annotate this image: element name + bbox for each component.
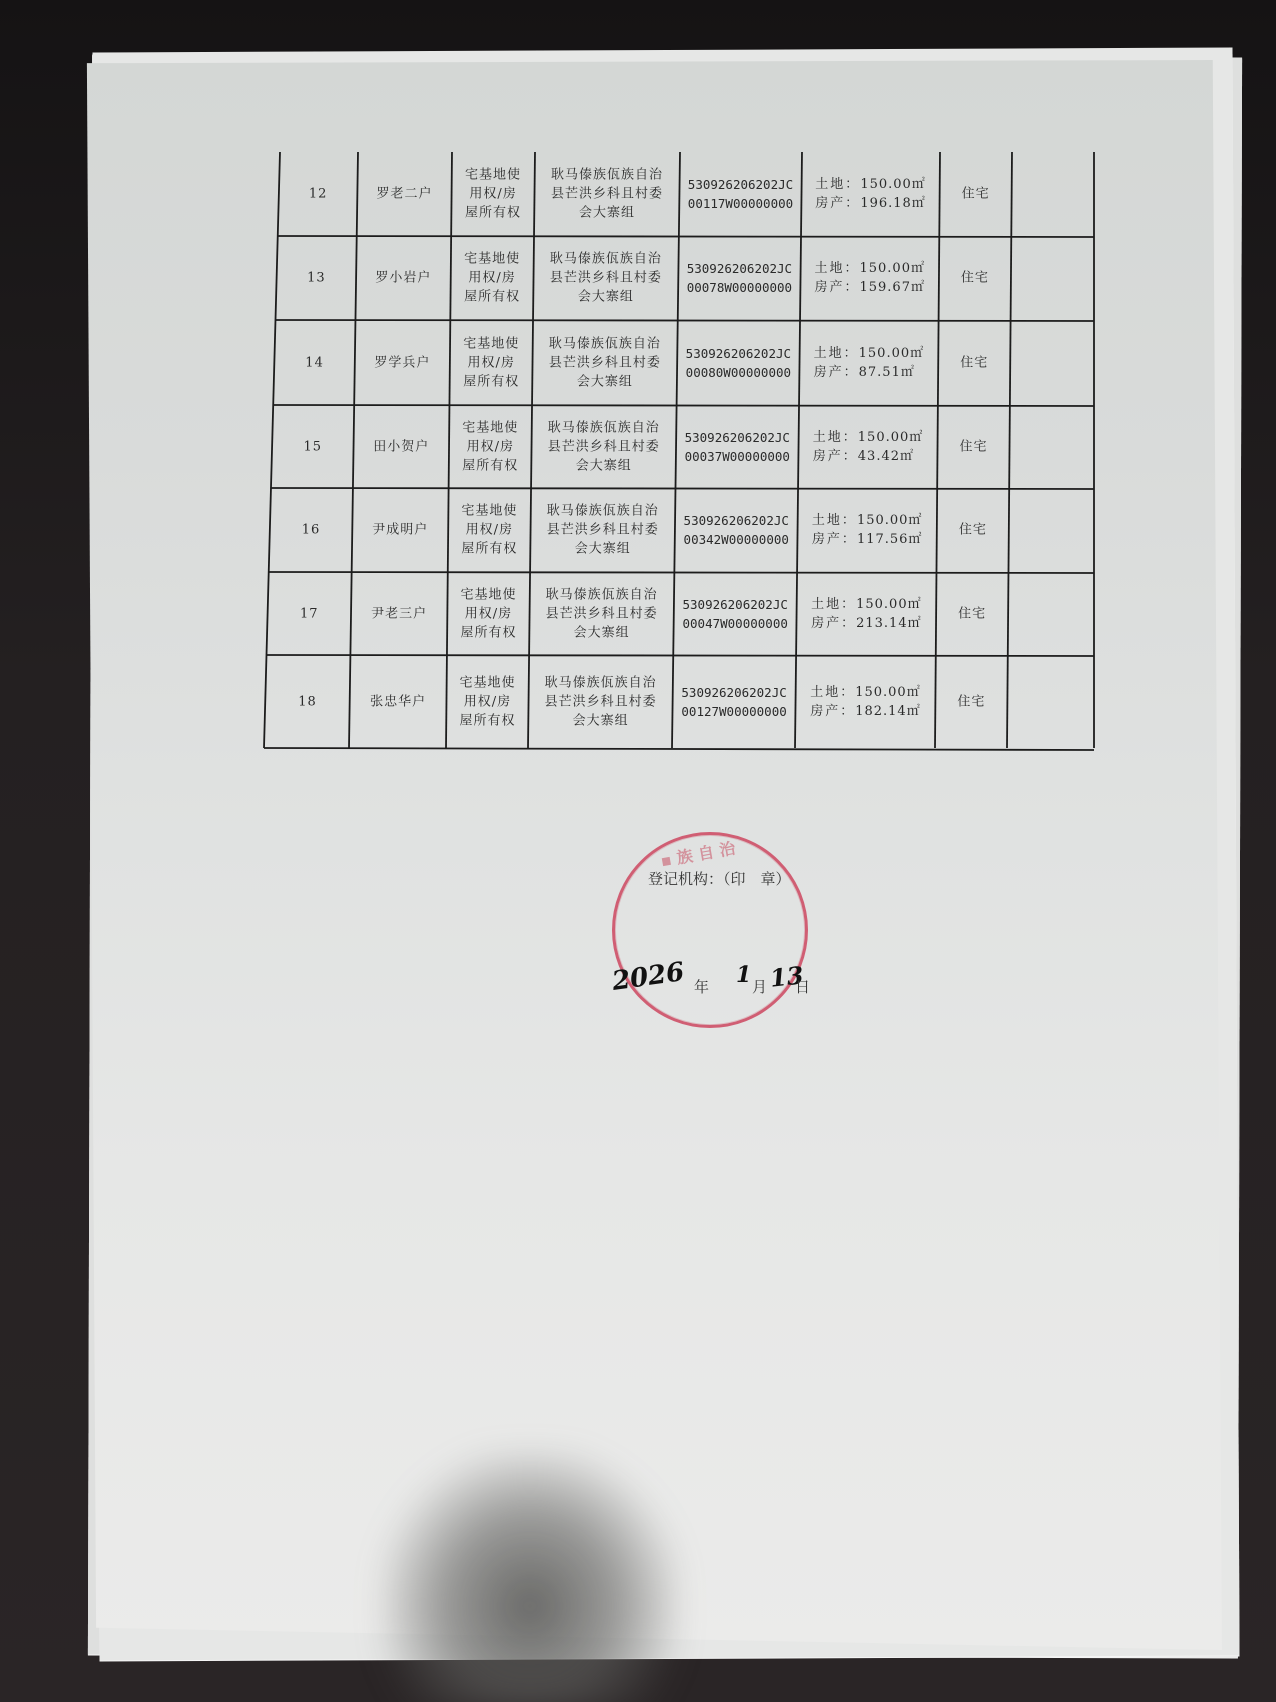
owner-name: 尹老三户 <box>371 604 427 623</box>
unit-number: 530926206202JC 00117W00000000 <box>688 175 793 213</box>
owner-name: 尹成明户 <box>372 521 428 540</box>
land-label: 土地： <box>811 597 856 612</box>
row-number: 18 <box>298 692 317 711</box>
area-values: 土地：150.00㎡房产：182.14㎡ <box>810 683 921 721</box>
house-label: 房产： <box>815 196 860 211</box>
day-label: 日 <box>795 976 810 997</box>
land-area: 150.00㎡ <box>857 513 923 528</box>
row-number: 13 <box>307 269 326 288</box>
owner-name: 罗学兵户 <box>374 353 430 372</box>
house-label: 房产： <box>811 616 856 631</box>
right-type: 宅基地使 用权/房 屋所有权 <box>462 418 518 475</box>
owner-name: 田小贺户 <box>373 437 429 456</box>
house-area: 213.14㎡ <box>856 616 922 631</box>
property-location: 耿马傣族佤族自治 县芒洪乡科且村委 会大寨组 <box>551 166 663 223</box>
row-number: 14 <box>305 353 324 372</box>
usage-type: 住宅 <box>960 437 988 456</box>
unit-number: 530926206202JC 00078W00000000 <box>687 259 792 297</box>
area-values: 土地：150.00㎡房产：159.67㎡ <box>814 259 925 297</box>
house-area: 182.14㎡ <box>855 704 921 719</box>
usage-type: 住宅 <box>957 692 985 711</box>
house-label: 房产： <box>810 704 855 719</box>
unit-number: 530926206202JC 00047W00000000 <box>683 595 788 633</box>
property-location: 耿马傣族佤族自治 县芒洪乡科且村委 会大寨组 <box>550 250 662 307</box>
right-type: 宅基地使 用权/房 屋所有权 <box>460 585 516 642</box>
area-values: 土地：150.00㎡房产：87.51㎡ <box>814 344 925 382</box>
year-label: 年 <box>694 976 709 997</box>
usage-type: 住宅 <box>958 604 986 623</box>
land-label: 土地： <box>812 513 857 528</box>
month-label: 月 <box>752 976 767 997</box>
owner-name: 罗小岩户 <box>375 269 431 288</box>
land-area: 150.00㎡ <box>860 177 926 192</box>
registration-agency-label: 登记机构：（印 章） <box>648 868 791 889</box>
row-number: 17 <box>300 604 319 623</box>
right-type: 宅基地使 用权/房 屋所有权 <box>461 502 517 559</box>
row-number: 15 <box>304 437 323 456</box>
area-values: 土地：150.00㎡房产：43.42㎡ <box>813 428 924 466</box>
area-values: 土地：150.00㎡房产：196.18㎡ <box>815 175 926 213</box>
land-area: 150.00㎡ <box>856 597 922 612</box>
right-type: 宅基地使 用权/房 屋所有权 <box>464 250 520 307</box>
unit-number: 530926206202JC 00127W00000000 <box>681 683 786 721</box>
usage-type: 住宅 <box>960 353 988 372</box>
property-location: 耿马傣族佤族自治 县芒洪乡科且村委 会大寨组 <box>545 673 657 730</box>
usage-type: 住宅 <box>961 269 989 288</box>
row-number: 12 <box>309 185 328 204</box>
unit-number: 530926206202JC 00342W00000000 <box>684 511 789 549</box>
usage-type: 住宅 <box>962 185 990 204</box>
land-label: 土地： <box>815 177 860 192</box>
land-area: 150.00㎡ <box>859 346 925 361</box>
owner-name: 罗老二户 <box>376 185 432 204</box>
owner-name: 张忠华户 <box>370 692 426 711</box>
property-location: 耿马傣族佤族自治 县芒洪乡科且村委 会大寨组 <box>547 502 659 559</box>
area-values: 土地：150.00㎡房产：213.14㎡ <box>811 595 922 633</box>
unit-number: 530926206202JC 00037W00000000 <box>685 428 790 466</box>
house-label: 房产： <box>813 449 858 464</box>
house-label: 房产： <box>812 532 857 547</box>
land-label: 土地： <box>814 261 859 276</box>
property-location: 耿马傣族佤族自治 县芒洪乡科且村委 会大寨组 <box>546 585 658 642</box>
right-type: 宅基地使 用权/房 屋所有权 <box>459 673 515 730</box>
handwritten-month: 1 <box>736 962 751 988</box>
land-label: 土地： <box>810 685 855 700</box>
land-label: 土地： <box>814 346 859 361</box>
row-number: 16 <box>302 521 321 540</box>
house-label: 房产： <box>814 280 859 295</box>
house-area: 159.67㎡ <box>859 280 925 295</box>
area-values: 土地：150.00㎡房产：117.56㎡ <box>812 511 923 549</box>
house-label: 房产： <box>814 365 859 380</box>
land-area: 150.00㎡ <box>858 430 924 445</box>
land-area: 150.00㎡ <box>859 261 925 276</box>
property-location: 耿马傣族佤族自治 县芒洪乡科且村委 会大寨组 <box>549 334 661 391</box>
house-area: 87.51㎡ <box>859 365 915 380</box>
house-area: 43.42㎡ <box>858 449 914 464</box>
property-location: 耿马傣族佤族自治 县芒洪乡科且村委 会大寨组 <box>548 418 660 475</box>
house-area: 196.18㎡ <box>860 196 926 211</box>
usage-type: 住宅 <box>959 521 987 540</box>
land-area: 150.00㎡ <box>855 685 921 700</box>
right-type: 宅基地使 用权/房 屋所有权 <box>465 166 521 223</box>
house-area: 117.56㎡ <box>857 532 923 547</box>
right-type: 宅基地使 用权/房 屋所有权 <box>463 334 519 391</box>
land-label: 土地： <box>813 430 858 445</box>
unit-number: 530926206202JC 00080W00000000 <box>686 344 791 382</box>
